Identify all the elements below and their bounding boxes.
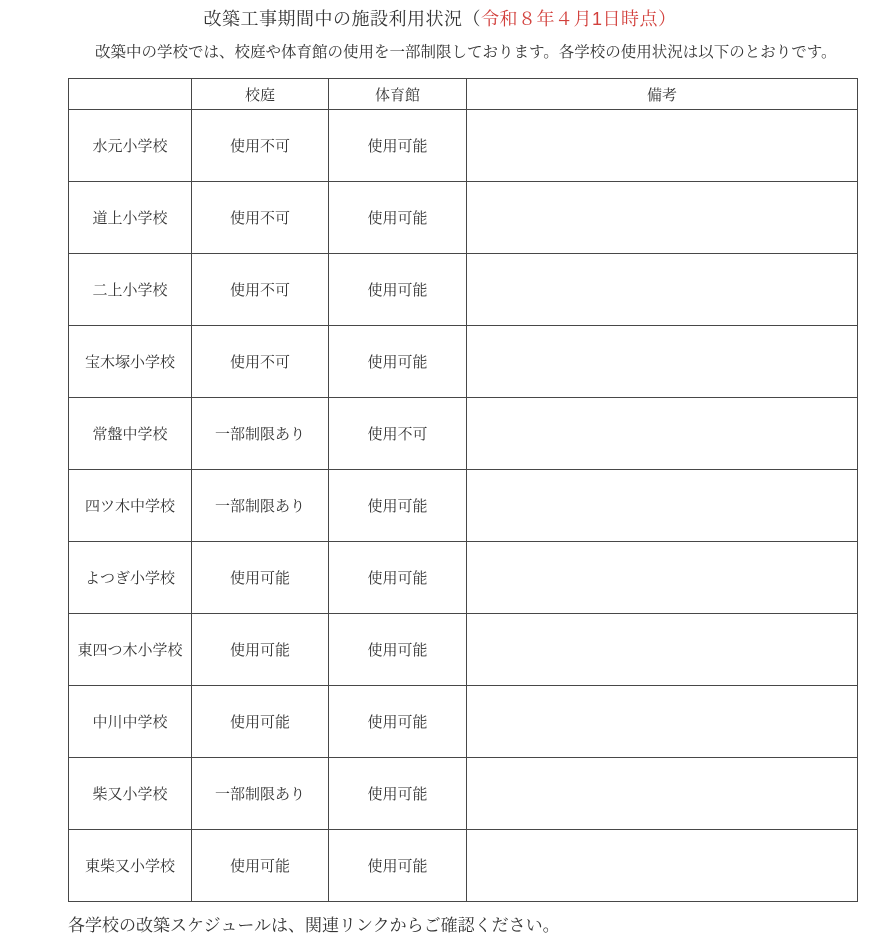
facility-usage-table: 校庭 体育館 備考 水元小学校 使用不可 使用可能 道上小学校 使用不可 使用可… [68, 78, 858, 902]
cell-gym-status: 使用可能 [329, 542, 467, 614]
page-title: 改築工事期間中の施設利用状況（令和８年４月1日時点） [0, 0, 880, 31]
table-row: 四ツ木中学校 一部制限あり 使用可能 [69, 470, 858, 542]
cell-ground-status: 使用可能 [192, 830, 329, 902]
table-row: 中川中学校 使用可能 使用可能 [69, 686, 858, 758]
cell-school: 東四つ木小学校 [69, 614, 192, 686]
cell-gym-status: 使用可能 [329, 830, 467, 902]
intro-text: 改築中の学校では、校庭や体育館の使用を一部制限しております。各学校の使用状況は以… [95, 43, 880, 63]
table-row: 二上小学校 使用不可 使用可能 [69, 254, 858, 326]
cell-ground-status: 使用可能 [192, 686, 329, 758]
cell-note [467, 182, 858, 254]
header-school [69, 79, 192, 110]
header-row: 校庭 体育館 備考 [69, 79, 858, 110]
cell-note [467, 542, 858, 614]
cell-note [467, 758, 858, 830]
cell-school: よつぎ小学校 [69, 542, 192, 614]
cell-ground-status: 使用不可 [192, 110, 329, 182]
cell-school: 水元小学校 [69, 110, 192, 182]
cell-school: 四ツ木中学校 [69, 470, 192, 542]
table-row: 水元小学校 使用不可 使用可能 [69, 110, 858, 182]
header-gym: 体育館 [329, 79, 467, 110]
cell-gym-status: 使用可能 [329, 614, 467, 686]
cell-note [467, 254, 858, 326]
cell-ground-status: 使用可能 [192, 614, 329, 686]
cell-ground-status: 使用不可 [192, 254, 329, 326]
cell-note [467, 470, 858, 542]
cell-gym-status: 使用可能 [329, 110, 467, 182]
cell-gym-status: 使用可能 [329, 686, 467, 758]
document-page: 改築工事期間中の施設利用状況（令和８年４月1日時点） 改築中の学校では、校庭や体… [0, 0, 880, 950]
cell-gym-status: 使用可能 [329, 470, 467, 542]
cell-ground-status: 使用不可 [192, 326, 329, 398]
page-title-main: 改築工事期間中の施設利用状況（ [203, 9, 481, 29]
cell-note [467, 614, 858, 686]
table-header: 校庭 体育館 備考 [69, 79, 858, 110]
cell-gym-status: 使用可能 [329, 254, 467, 326]
cell-school: 宝木塚小学校 [69, 326, 192, 398]
cell-ground-status: 使用可能 [192, 542, 329, 614]
cell-ground-status: 一部制限あり [192, 758, 329, 830]
cell-note [467, 398, 858, 470]
cell-gym-status: 使用可能 [329, 758, 467, 830]
cell-school: 二上小学校 [69, 254, 192, 326]
table-row: よつぎ小学校 使用可能 使用可能 [69, 542, 858, 614]
table-row: 常盤中学校 一部制限あり 使用不可 [69, 398, 858, 470]
cell-gym-status: 使用可能 [329, 182, 467, 254]
table-row: 道上小学校 使用不可 使用可能 [69, 182, 858, 254]
header-ground: 校庭 [192, 79, 329, 110]
cell-school: 道上小学校 [69, 182, 192, 254]
cell-note [467, 326, 858, 398]
cell-ground-status: 一部制限あり [192, 470, 329, 542]
table-row: 柴又小学校 一部制限あり 使用可能 [69, 758, 858, 830]
cell-note [467, 686, 858, 758]
table-row: 東四つ木小学校 使用可能 使用可能 [69, 614, 858, 686]
cell-ground-status: 使用不可 [192, 182, 329, 254]
header-note: 備考 [467, 79, 858, 110]
cell-note [467, 830, 858, 902]
schedule-note-text: 各学校の改築スケジュールは、関連リンクからご確認ください。 [68, 915, 880, 937]
table-row: 東柴又小学校 使用可能 使用可能 [69, 830, 858, 902]
cell-gym-status: 使用可能 [329, 326, 467, 398]
table-row: 宝木塚小学校 使用不可 使用可能 [69, 326, 858, 398]
cell-ground-status: 一部制限あり [192, 398, 329, 470]
cell-school: 中川中学校 [69, 686, 192, 758]
cell-gym-status: 使用不可 [329, 398, 467, 470]
page-title-date: 令和８年４月1日時点） [481, 9, 677, 29]
cell-school: 東柴又小学校 [69, 830, 192, 902]
cell-school: 常盤中学校 [69, 398, 192, 470]
table-body: 水元小学校 使用不可 使用可能 道上小学校 使用不可 使用可能 二上小学校 使用… [69, 110, 858, 902]
cell-note [467, 110, 858, 182]
cell-school: 柴又小学校 [69, 758, 192, 830]
